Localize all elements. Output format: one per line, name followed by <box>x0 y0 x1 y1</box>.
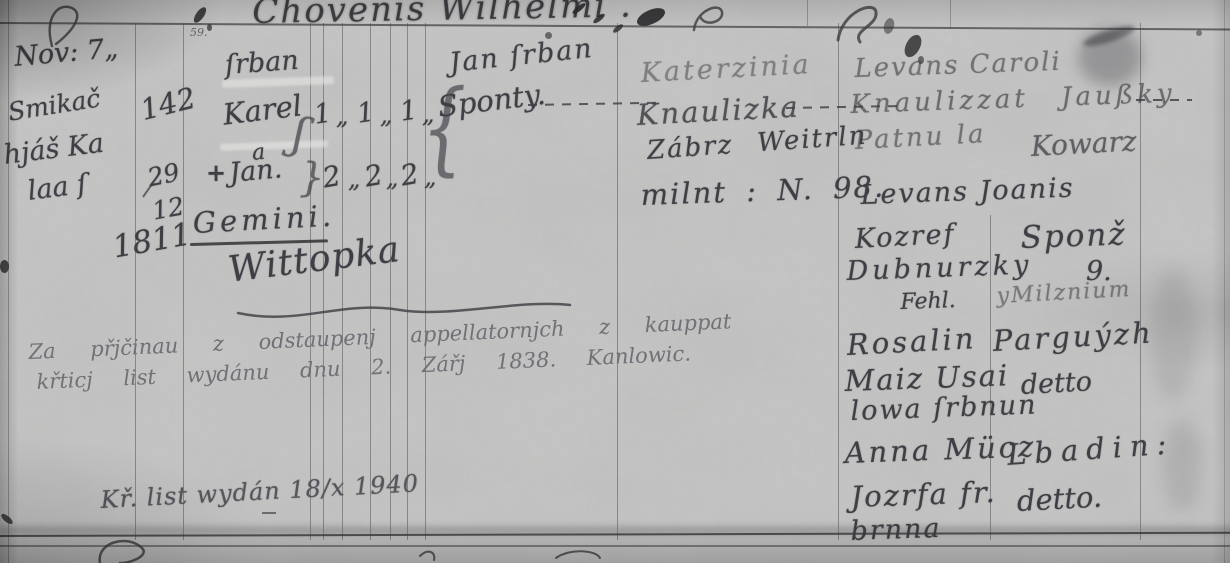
witness-line-1: Sponž <box>1020 216 1127 256</box>
godparent-line-8: Rosalin <box>846 321 977 362</box>
godparent-line-6: Dubnurzky <box>846 250 1033 287</box>
rule-vertical <box>838 23 839 540</box>
child-surname: ſrban <box>224 45 300 81</box>
page-header-script: Chovenis Wilhelmi . <box>252 0 633 32</box>
ink-blot <box>207 24 212 31</box>
tally-cell: 2 <box>398 157 421 193</box>
certificate-issue-note: Kř. list wydán 18/x 1940 <box>100 469 420 514</box>
rule-vertical <box>310 23 311 540</box>
erasure-mark <box>220 140 328 151</box>
rule-vertical <box>8 0 9 563</box>
godparent-line-13: brnna <box>850 513 942 547</box>
witness-line-4: Parguýzh <box>992 316 1155 358</box>
margin-smudge <box>1150 270 1196 400</box>
child-first-name: Karel <box>221 88 304 131</box>
tally-cell: „ <box>348 165 360 193</box>
ink-blot <box>192 5 209 24</box>
witness-line-3: yMilznium <box>996 277 1132 309</box>
tally-cell: 1 <box>312 98 333 131</box>
godparent-line-3: Patnu la <box>854 119 987 156</box>
death-cross-mark: + <box>206 158 226 187</box>
bottom-smear-band <box>0 526 1230 535</box>
midwife-signature: Wittopka <box>226 229 403 291</box>
tally-cell: 1 <box>398 95 419 128</box>
ink-blot <box>0 260 9 273</box>
entry-date-note-2: hjáš Ka <box>2 128 106 171</box>
ink-blot <box>1196 30 1202 36</box>
rule-horizontal-bottom2 <box>0 545 1230 547</box>
tally-cell: 1 <box>355 97 376 130</box>
godparent-line-10: lowa ſrbnun <box>850 389 1038 427</box>
tally-cell: „ <box>386 164 398 192</box>
entry-date-note-1: Smikač <box>6 83 102 126</box>
signature-underline <box>238 304 570 317</box>
godparent-line-2: Knaulizzat Jaußky <box>850 79 1176 120</box>
mother-name-line-1: Katerzinia <box>640 49 812 89</box>
witness-line-5: detto <box>1020 366 1093 401</box>
godparent-line-4: Levans Joanis <box>860 173 1075 211</box>
entry-date-month: Nov: 7„ <box>13 33 119 73</box>
ink-smudge <box>1078 28 1142 86</box>
rule-vertical <box>342 23 343 540</box>
tally-cell: „ <box>380 101 392 129</box>
witness-line-7: detto. <box>1016 480 1103 518</box>
header-loop <box>694 8 722 30</box>
record-number: 142 <box>137 81 199 127</box>
father-brace: { <box>420 68 469 188</box>
tally-cell: 2 <box>362 158 385 194</box>
rule-horizontal-bottom <box>0 532 1230 537</box>
tally-cell: „ <box>336 102 348 130</box>
mother-name-line-4: milnt : N. 98. <box>640 169 886 212</box>
ink-blot <box>0 512 14 526</box>
bottom-mark <box>556 551 600 558</box>
ink-blot <box>882 17 896 35</box>
birth-day: 29 <box>145 157 182 192</box>
certificate-note-underline <box>262 512 276 514</box>
header-loop <box>838 7 876 42</box>
mother-name-line-2: Knaulizka <box>636 89 801 131</box>
godparent-line-5: Kozref <box>854 219 956 255</box>
bottom-next-row-flourish <box>100 541 144 563</box>
ink-smudge <box>1081 22 1136 50</box>
entry-date-note-3: laa ſ <box>26 169 89 207</box>
rule-vertical-header <box>807 0 808 26</box>
birth-year: 1811 <box>110 216 194 265</box>
godparent-line-12: Jozrfa fr. <box>850 475 997 514</box>
twins-note: Gemini. <box>192 199 336 240</box>
rule-vertical <box>617 23 618 540</box>
pencil-number: 59. <box>190 26 208 39</box>
godparent-line-7: Fehl. <box>900 288 956 315</box>
bottom-mark <box>420 552 434 560</box>
father-name-line-1: Jan ſrban <box>448 33 595 79</box>
rule-vertical <box>135 23 136 540</box>
rule-vertical-header <box>950 0 951 28</box>
child-second-name: Jan. <box>228 153 283 188</box>
rule-vertical <box>1224 0 1225 563</box>
godparent-line-3-right: Kowarz <box>1030 124 1137 162</box>
godparent-line-1: Levans Caroli <box>854 47 1062 84</box>
ink-blot <box>634 5 667 30</box>
register-page-scan: Chovenis Wilhelmi . 59. Nov: 7„ Smikač h… <box>0 0 1230 563</box>
